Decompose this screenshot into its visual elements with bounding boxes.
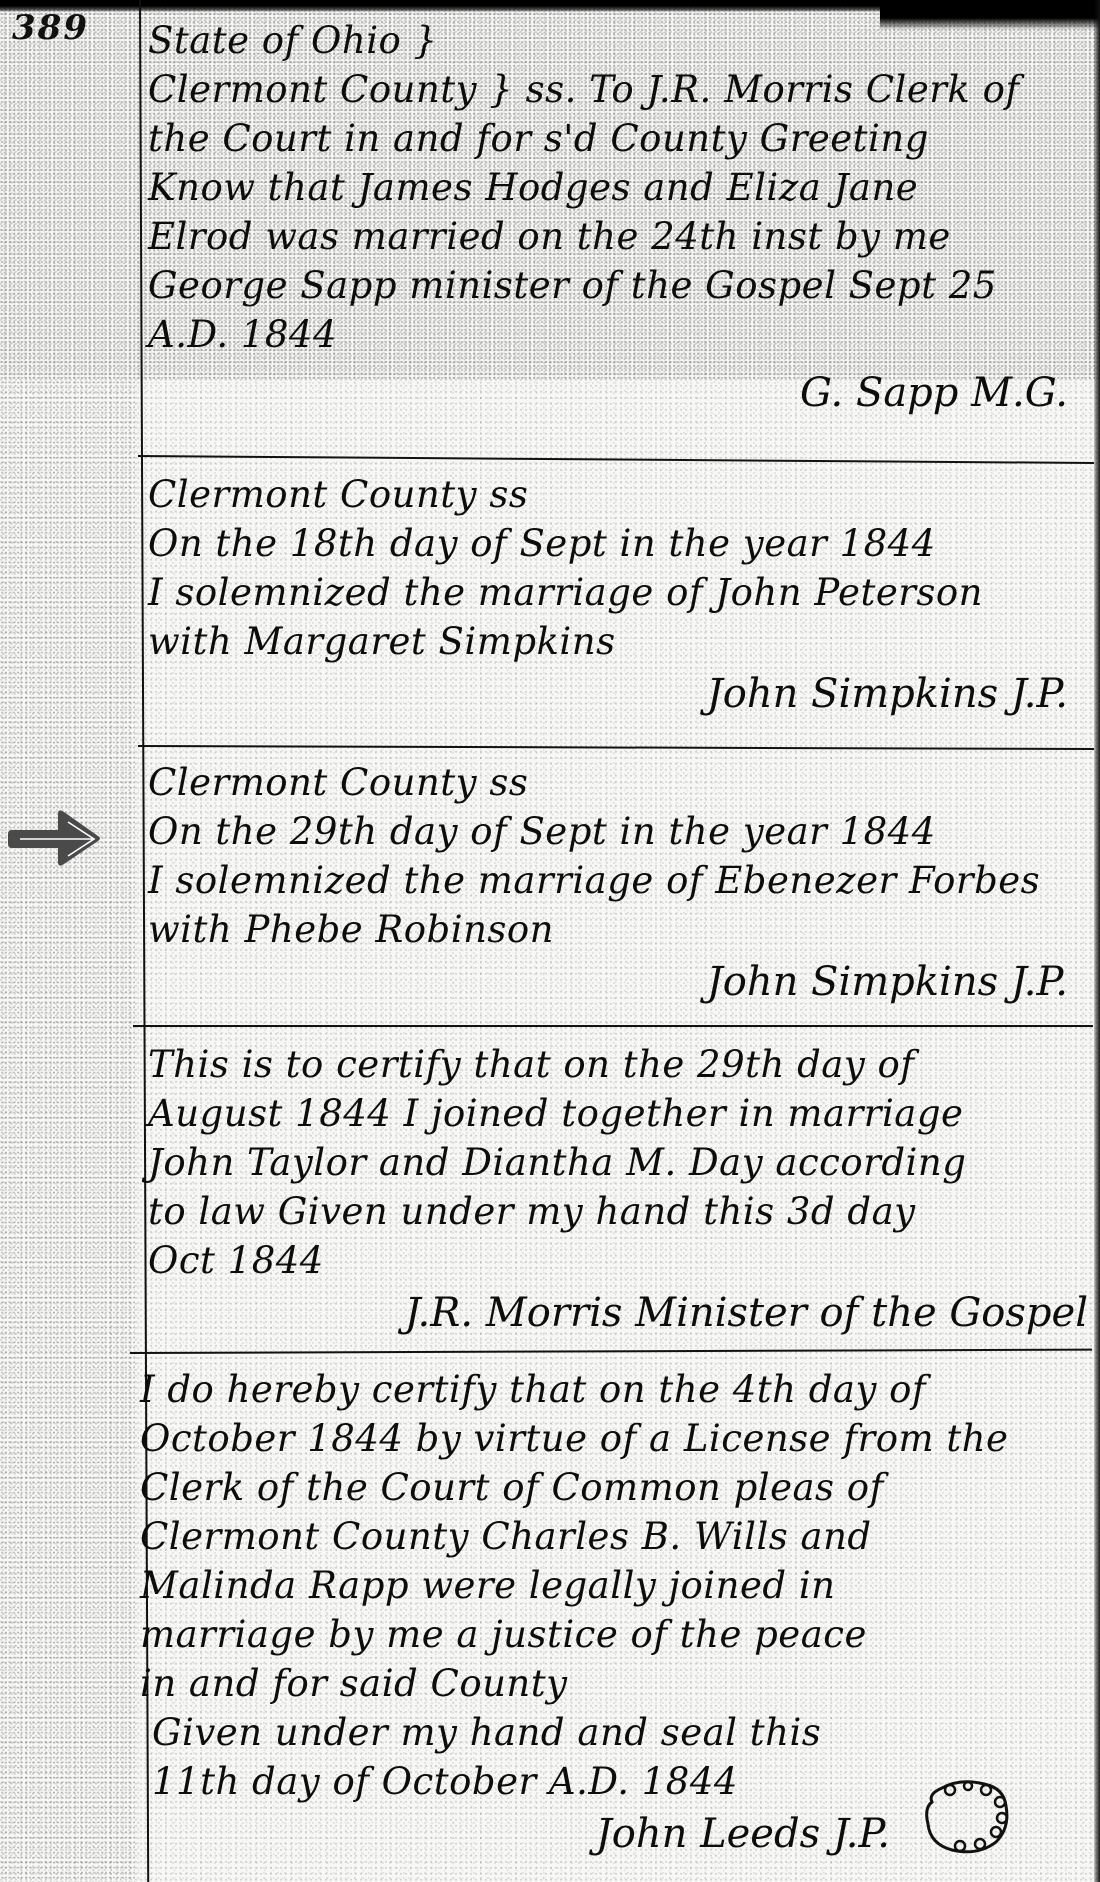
officiant-signature: G. Sapp M.G. bbox=[148, 365, 1088, 421]
register-page: 389 State of Ohio } Clermont County } ss… bbox=[0, 0, 1100, 1882]
officiant-signature: John Simpkins J.P. bbox=[148, 954, 1088, 1010]
entry-line: Clerk of the Court of Common pleas of bbox=[140, 1463, 1080, 1512]
officiant-signature: John Simpkins J.P. bbox=[148, 666, 1088, 722]
entry-line: marriage by me a justice of the peace bbox=[140, 1610, 1080, 1659]
entry-line: A.D. 1844 bbox=[148, 310, 1088, 359]
arrow-right-icon bbox=[6, 806, 102, 870]
entry-line: Malinda Rapp were legally joined in bbox=[140, 1561, 1080, 1610]
entry-line: Oct 1844 bbox=[148, 1236, 1088, 1285]
officiant-signature: J.R. Morris Minister of the Gospel bbox=[148, 1285, 1088, 1341]
entry-line: George Sapp minister of the Gospel Sept … bbox=[148, 261, 1088, 310]
entry-line: Clermont County ss bbox=[148, 470, 1088, 519]
entry-line: Given under my hand and seal this bbox=[140, 1708, 1080, 1757]
entry-line: with Margaret Simpkins bbox=[148, 617, 1088, 666]
entry-line: Clermont County ss bbox=[148, 758, 1088, 807]
entry-line: I solemnized the marriage of John Peters… bbox=[148, 568, 1088, 617]
register-entry-1: State of Ohio } Clermont County } ss. To… bbox=[148, 16, 1088, 421]
entry-line: Clermont County Charles B. Wills and bbox=[140, 1512, 1080, 1561]
entry-line: October 1844 by virtue of a License from… bbox=[140, 1414, 1080, 1463]
entry-line: Know that James Hodges and Eliza Jane bbox=[148, 163, 1088, 212]
entry-divider-3 bbox=[133, 1025, 1093, 1027]
entry-line: in and for said County bbox=[140, 1659, 1080, 1708]
scan-noise-margin bbox=[0, 380, 135, 1882]
entry-line: Elrod was married on the 24th inst by me bbox=[148, 212, 1088, 261]
entry-line: This is to certify that on the 29th day … bbox=[148, 1040, 1088, 1089]
register-entry-2: Clermont County ss On the 18th day of Se… bbox=[148, 470, 1088, 722]
entry-line: John Taylor and Diantha M. Day according bbox=[148, 1138, 1088, 1187]
entry-divider-4 bbox=[130, 1349, 1092, 1354]
entry-line: the Court in and for s'd County Greeting bbox=[148, 114, 1088, 163]
entry-divider-2 bbox=[138, 745, 1094, 750]
entry-line: On the 29th day of Sept in the year 1844 bbox=[148, 807, 1088, 856]
entry-line: Clermont County } ss. To J.R. Morris Cle… bbox=[148, 65, 1088, 114]
entry-line: State of Ohio } bbox=[148, 16, 1088, 65]
register-entry-4: This is to certify that on the 29th day … bbox=[148, 1040, 1088, 1341]
entry-line: I do hereby certify that on the 4th day … bbox=[140, 1365, 1080, 1414]
page-number: 389 bbox=[12, 8, 89, 48]
entry-divider-1 bbox=[138, 455, 1094, 464]
entry-line: I solemnized the marriage of Ebenezer Fo… bbox=[148, 856, 1088, 905]
entry-line: On the 18th day of Sept in the year 1844 bbox=[148, 519, 1088, 568]
register-entry-3: Clermont County ss On the 29th day of Se… bbox=[148, 758, 1088, 1010]
entry-line: August 1844 I joined together in marriag… bbox=[148, 1089, 1088, 1138]
page-right-border bbox=[1094, 0, 1100, 1882]
entry-line: with Phebe Robinson bbox=[148, 905, 1088, 954]
entry-line: to law Given under my hand this 3d day bbox=[148, 1187, 1088, 1236]
seal-scroll-icon bbox=[920, 1776, 1012, 1856]
